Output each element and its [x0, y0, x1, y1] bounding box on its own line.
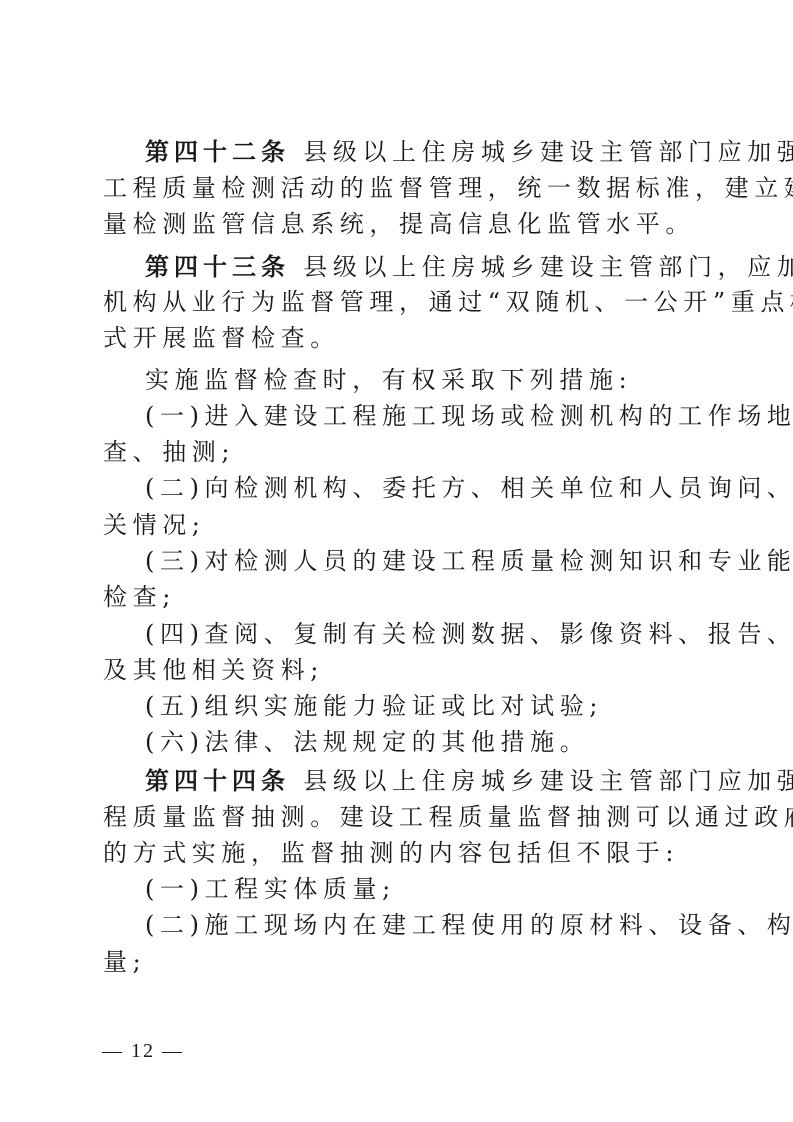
document-page: 第四十二条 县级以上住房城乡建设主管部门应加强对建设 工程质量检测活动的监督管理… [0, 0, 793, 1122]
measure-1-line-1: (一)进入建设工程施工现场或检测机构的工作场地进行检 [145, 401, 697, 431]
measure-3-line-1: (三)对检测人员的建设工程质量检测知识和专业能力进行 [145, 546, 697, 576]
item-2-line-2: 量; [103, 947, 697, 977]
measure-5: (五)组织实施能力验证或比对试验; [145, 691, 697, 721]
article-43-heading: 第四十三条 [145, 252, 290, 281]
article-43-line-3: 式开展监督检查。 [103, 323, 697, 353]
article-42-line-1: 第四十二条 县级以上住房城乡建设主管部门应加强对建设 [145, 137, 697, 167]
article-43-line-2: 机构从业行为监督管理，通过“双随机、一公开”重点核查等方 [103, 287, 697, 317]
measure-6: (六)法律、法规规定的其他措施。 [145, 727, 697, 757]
article-44-heading: 第四十四条 [145, 766, 290, 795]
measure-2-line-2: 关情况; [103, 510, 697, 540]
measure-2-line-1: (二)向检测机构、委托方、相关单位和人员询问、调查有 [145, 473, 697, 503]
measure-3-line-2: 检查; [103, 582, 697, 612]
article-44-line-3: 的方式实施，监督抽测的内容包括但不限于: [103, 838, 697, 868]
article-44-line-1: 第四十四条 县级以上住房城乡建设主管部门应加强建设工 [145, 766, 697, 796]
page-number: — 12 — [102, 1040, 184, 1063]
item-2-line-1: (二)施工现场内在建工程使用的原材料、设备、构配件质 [145, 910, 697, 940]
measures-intro: 实施监督检查时，有权采取下列措施: [145, 365, 697, 395]
article-42-line-2: 工程质量检测活动的监督管理，统一数据标准，建立建设工程质 [103, 173, 697, 203]
article-43-line-1: 第四十三条 县级以上住房城乡建设主管部门，应加强检测 [145, 252, 697, 282]
measure-1-line-2: 查、抽测; [103, 437, 697, 467]
item-1: (一)工程实体质量; [145, 874, 697, 904]
measure-4-line-1: (四)查阅、复制有关检测数据、影像资料、报告、合同以 [145, 619, 697, 649]
measure-4-line-2: 及其他相关资料; [103, 655, 697, 685]
article-42-heading: 第四十二条 [145, 137, 290, 166]
article-42-line-3: 量检测监管信息系统，提高信息化监管水平。 [103, 209, 697, 239]
article-44-line-2: 程质量监督抽测。建设工程质量监督抽测可以通过政府购买服务 [103, 802, 697, 832]
